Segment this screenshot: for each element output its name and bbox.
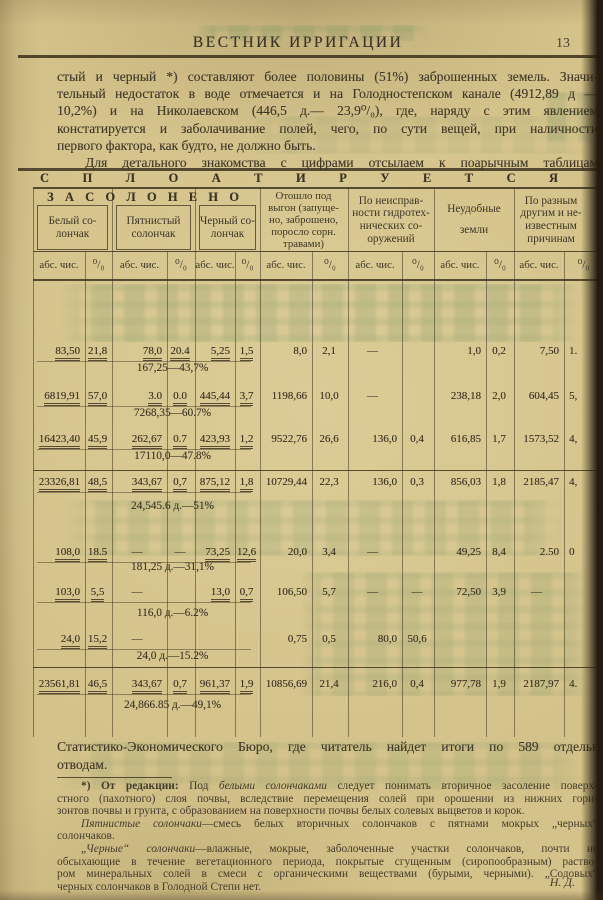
table-cell: 23561,81 bbox=[33, 678, 85, 694]
table-cell: 0,3 bbox=[402, 476, 434, 492]
footnote-line: *) От редакции: Под белыми солончаками с… bbox=[57, 780, 598, 793]
scanned-journal-page: ВЕСТНИК ИРРИГАЦИИ 13 стый и черный *) со… bbox=[0, 0, 603, 900]
table-cell: 5, bbox=[564, 390, 603, 406]
table-cell: 1. bbox=[564, 345, 603, 361]
table-cell: 9522,76 bbox=[260, 433, 312, 449]
intro-line: констатируется и заболачивание полей, че… bbox=[57, 120, 598, 137]
table-cell: 0 bbox=[564, 546, 603, 562]
table-cell: — bbox=[402, 586, 434, 602]
page-number: 13 bbox=[556, 36, 586, 52]
percent-header: ⁰/₀ bbox=[167, 252, 195, 279]
table-caption-letters: СПЛОАТИРУЕТСЯ bbox=[40, 171, 558, 186]
table-cell: 4, bbox=[564, 433, 603, 449]
column-group-hydro-failure: По неисправ- ности гидротех- нических со… bbox=[349, 192, 433, 248]
percent-header: ⁰/₀ bbox=[402, 252, 434, 279]
table-cell: 0,4 bbox=[402, 678, 434, 694]
table-cell: 15,2 bbox=[85, 633, 112, 649]
row-subtotal: 24,545.6 д.—51% bbox=[60, 500, 285, 512]
table-cell: 5,5 bbox=[85, 586, 112, 602]
table-cell: 2,0 bbox=[486, 390, 514, 406]
table-cell: 73,25 bbox=[195, 546, 235, 562]
table-cell: 238,18 bbox=[434, 390, 486, 406]
table-cell: 78,0 bbox=[112, 345, 167, 361]
closing-paragraph: Статистико-Экономического Бюро, где чита… bbox=[57, 738, 603, 773]
footnote-line: Пятнистые солончаки—смесь белых вторичны… bbox=[57, 818, 598, 831]
table-section-rule bbox=[33, 470, 603, 471]
table-cell: 977,78 bbox=[434, 678, 486, 694]
table-cell: 616,85 bbox=[434, 433, 486, 449]
intro-line: 10,2%) и на Николаевском (446,5 д.— 23,9… bbox=[57, 102, 598, 119]
percent-header: ⁰/₀ bbox=[85, 252, 112, 279]
table-cell: 2,1 bbox=[312, 345, 348, 361]
row-subtotal: 167,25—43,7% bbox=[60, 362, 285, 374]
table-cell: 26,6 bbox=[312, 433, 348, 449]
table-cell: 0,75 bbox=[260, 633, 312, 649]
table-cell: 10,0 bbox=[312, 390, 348, 406]
table-section-rule bbox=[33, 667, 603, 668]
table-cell: 0.7 bbox=[167, 433, 195, 449]
table-cell: 1,9 bbox=[486, 678, 514, 694]
table-cell: 12,6 bbox=[235, 546, 260, 562]
table-cell: 22,3 bbox=[312, 476, 348, 492]
table-cell: — bbox=[348, 390, 402, 406]
table-cell: 3.0 bbox=[112, 390, 167, 406]
table-cell: 10856,69 bbox=[260, 678, 312, 694]
journal-title: ВЕСТНИК ИРРИГАЦИИ bbox=[193, 34, 403, 51]
header-rule bbox=[18, 55, 597, 58]
intro-line: стый и черный *) составляют более полови… bbox=[57, 68, 598, 85]
table-cell: 108,0 bbox=[33, 546, 85, 562]
ink-bleedthrough bbox=[58, 284, 583, 342]
column-group-inconvenient-lands: Неудобные земли bbox=[435, 198, 513, 242]
table-cell: 1,9 bbox=[235, 678, 260, 694]
table-cell: 103,0 bbox=[33, 586, 85, 602]
table-cell: 961,37 bbox=[195, 678, 235, 694]
table-cell: 106,50 bbox=[260, 586, 312, 602]
table-cell: 5,7 bbox=[312, 586, 348, 602]
table-cell: 7,50 bbox=[514, 345, 564, 361]
table-cell: 1,0 bbox=[434, 345, 486, 361]
table-cell: 0,7 bbox=[235, 586, 260, 602]
percent-header: ⁰/₀ bbox=[486, 252, 514, 279]
table-cell: 4. bbox=[564, 678, 603, 694]
table-rule bbox=[33, 279, 603, 281]
table-grid-line bbox=[235, 251, 236, 737]
table-cell: 856,03 bbox=[434, 476, 486, 492]
table-cell: 4, bbox=[564, 476, 603, 492]
table-cell: 1,8 bbox=[235, 476, 260, 492]
row-subtotal: 7268,35—60.7% bbox=[60, 407, 285, 419]
table-grid-line bbox=[167, 251, 168, 737]
table-cell: 46,5 bbox=[85, 678, 112, 694]
table-cell: 423,93 bbox=[195, 433, 235, 449]
abs-number-header: абс. чис. bbox=[348, 252, 402, 279]
footnote-line: „Черные“ солончаки—влажные, мокрые, забо… bbox=[57, 843, 598, 856]
table-cell: 50,6 bbox=[402, 633, 434, 649]
table-cell: 343,67 bbox=[112, 678, 167, 694]
table-cell: 2.50 bbox=[514, 546, 564, 562]
salinized-group-label: ЗАСОЛОНЕНО bbox=[47, 190, 239, 205]
table-cell: 18.5 bbox=[85, 546, 112, 562]
abs-number-header: абс. чис. bbox=[33, 252, 85, 279]
table-cell: 445,44 bbox=[195, 390, 235, 406]
abs-number-header: абс. чис. bbox=[112, 252, 167, 279]
table-cell: 0,4 bbox=[402, 433, 434, 449]
table-cell: — bbox=[112, 633, 167, 649]
percent-header: ⁰/₀ bbox=[235, 252, 260, 279]
table-cell: 49,25 bbox=[434, 546, 486, 562]
table-cell: 875,12 bbox=[195, 476, 235, 492]
abs-number-header: абс. чис. bbox=[434, 252, 486, 279]
table-cell: 48,5 bbox=[85, 476, 112, 492]
footnote-line: солончаков. bbox=[57, 830, 598, 843]
table-cell: 136,0 bbox=[348, 433, 402, 449]
table-cell: 83,50 bbox=[33, 345, 85, 361]
table-cell: — bbox=[112, 586, 167, 602]
closing-line: Статистико-Экономического Бюро, где чита… bbox=[57, 738, 603, 756]
row-subtotal: 24,866.85 д.—49,1% bbox=[60, 699, 285, 711]
table-grid-line bbox=[564, 251, 565, 737]
author-initials: Н. Д. bbox=[420, 875, 575, 890]
row-subtotal: 116,0 д.—6.2% bbox=[60, 607, 285, 619]
row-subtotal: 24,0 д.—15.2% bbox=[60, 650, 285, 662]
table-cell: 1,7 bbox=[486, 433, 514, 449]
table-cell: 0,7 bbox=[167, 476, 195, 492]
abs-number-header: абс. чис. bbox=[195, 252, 235, 279]
table-cell: 1,5 bbox=[235, 345, 260, 361]
column-group-spotted-solonchak: Пятнистый солончак bbox=[116, 205, 191, 250]
intro-line: тельный недостаток в воде отмечается и н… bbox=[57, 85, 598, 102]
table-cell: 24,0 bbox=[33, 633, 85, 649]
table-cell: 21,8 bbox=[85, 345, 112, 361]
table-cell: 2185,47 bbox=[514, 476, 564, 492]
footnote-line: зонтов почвы и грунта, с образованием на… bbox=[57, 805, 598, 818]
table-cell: 343,67 bbox=[112, 476, 167, 492]
row-subtotal: 181,25 д.—31,1% bbox=[60, 561, 285, 573]
intro-line: первого фактора, как будто, не должно бы… bbox=[57, 137, 598, 154]
table-cell: 21,4 bbox=[312, 678, 348, 694]
table-cell: 0,2 bbox=[486, 345, 514, 361]
intro-line: Для детального знакомства с цифрами отсы… bbox=[57, 154, 598, 171]
table-cell: 1198,66 bbox=[260, 390, 312, 406]
table-cell: — bbox=[514, 586, 564, 602]
table-cell: 45,9 bbox=[85, 433, 112, 449]
intro-paragraph: стый и черный *) составляют более полови… bbox=[57, 68, 598, 171]
closing-line: отводам. bbox=[57, 756, 603, 774]
footnote-divider bbox=[57, 777, 172, 778]
table-cell: 1573,52 bbox=[514, 433, 564, 449]
sum-rule bbox=[37, 602, 251, 603]
table-cell: 8,4 bbox=[486, 546, 514, 562]
column-group-pasture: Отошло под выгон (запуще- но, заброшено,… bbox=[261, 189, 346, 250]
table-cell: 1,8 bbox=[486, 476, 514, 492]
table-cell: — bbox=[112, 546, 167, 562]
sum-rule bbox=[37, 492, 251, 493]
column-group-black-solonchak: Черный со- лончак bbox=[199, 205, 256, 250]
abs-number-header: абс. чис. bbox=[514, 252, 564, 279]
table-cell: 57,0 bbox=[85, 390, 112, 406]
table-cell: 136,0 bbox=[348, 476, 402, 492]
percent-header: ⁰/₀ bbox=[312, 252, 348, 279]
percent-header: ⁰/₀ bbox=[564, 252, 603, 279]
abs-number-header: абс. чис. bbox=[260, 252, 312, 279]
table-cell: 0.0 bbox=[167, 390, 195, 406]
table-cell: 10729,44 bbox=[260, 476, 312, 492]
table-cell: 8,0 bbox=[260, 345, 312, 361]
table-cell: 20,0 bbox=[260, 546, 312, 562]
table-grid-line bbox=[486, 251, 487, 737]
table-cell: 20.4 bbox=[167, 345, 195, 361]
table-cell: 6819,91 bbox=[33, 390, 85, 406]
table-cell: 0,7 bbox=[167, 678, 195, 694]
footnote-line: стного (пахотного) слоя почвы, вследстви… bbox=[57, 793, 598, 806]
footnote-line: обсыхающие в течение вегетационного пери… bbox=[57, 856, 598, 869]
table-cell: 604,45 bbox=[514, 390, 564, 406]
page-header: ВЕСТНИК ИРРИГАЦИИ bbox=[18, 34, 578, 52]
table-cell: 16423,40 bbox=[33, 433, 85, 449]
table-grid-line bbox=[85, 251, 86, 737]
table-cell: 3,9 bbox=[486, 586, 514, 602]
table-cell: 3,7 bbox=[235, 390, 260, 406]
table-cell: — bbox=[348, 345, 402, 361]
table-cell: — bbox=[348, 546, 402, 562]
table-cell: 13,0 bbox=[195, 586, 235, 602]
table-cell: 23326,81 bbox=[33, 476, 85, 492]
table-cell: 80,0 bbox=[348, 633, 402, 649]
row-subtotal: 17110,0—47.8% bbox=[60, 450, 285, 462]
table-cell: 0,5 bbox=[312, 633, 348, 649]
table-grid-line bbox=[402, 251, 403, 737]
table-cell: — bbox=[348, 586, 402, 602]
table-cell: 262,67 bbox=[112, 433, 167, 449]
table-grid-line bbox=[312, 251, 313, 737]
table-cell: 72,50 bbox=[434, 586, 486, 602]
table-cell: 3,4 bbox=[312, 546, 348, 562]
table-cell: 2187,97 bbox=[514, 678, 564, 694]
table-cell: 216,0 bbox=[348, 678, 402, 694]
column-group-white-solonchak: Белый со- лончак bbox=[37, 205, 108, 250]
table-cell: 1,2 bbox=[235, 433, 260, 449]
column-group-other-reasons: По разным другим и не- известным причина… bbox=[515, 192, 587, 248]
table-cell: 5,25 bbox=[195, 345, 235, 361]
sum-rule bbox=[37, 694, 251, 695]
table-cell: — bbox=[167, 546, 195, 562]
